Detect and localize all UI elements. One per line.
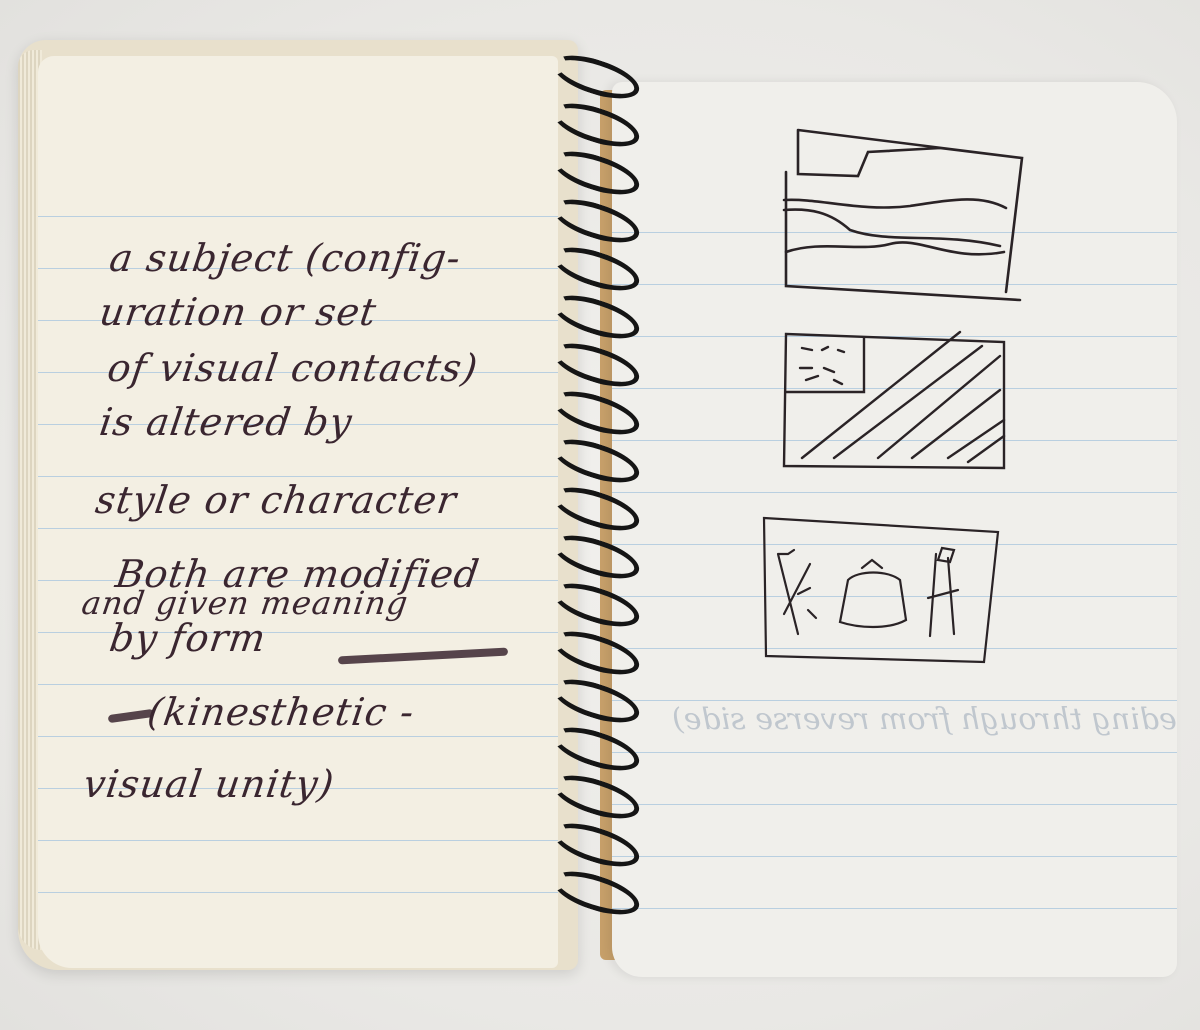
- flag-sketch: [772, 328, 1012, 478]
- rule-line: [612, 700, 1177, 701]
- spiral-coil: [548, 287, 644, 347]
- rule-line: [38, 840, 558, 841]
- spiral-coil: [548, 191, 644, 251]
- handwriting-line: is altered by: [97, 400, 355, 444]
- handwriting-line: style or character: [93, 478, 460, 522]
- show-through-text: (faint mirrored handwriting bleeding thr…: [672, 702, 1177, 737]
- rule-line: [38, 476, 558, 477]
- wavy-bands-sketch: [780, 122, 1030, 312]
- spiral-coil: [548, 335, 644, 395]
- rule-line: [612, 804, 1177, 805]
- spiral-coil: [548, 95, 644, 155]
- rule-line: [38, 528, 558, 529]
- spiral-coil: [548, 431, 644, 491]
- rule-line: [38, 892, 558, 893]
- strikeout-scribble: [338, 648, 508, 665]
- spiral-coil: [548, 527, 644, 587]
- spiral-coil: [548, 863, 644, 923]
- rule-line: [612, 752, 1177, 753]
- spiral-coil: [548, 383, 644, 443]
- left-page: a subject (config- uration or set of vis…: [38, 56, 558, 968]
- handwriting-line: of visual contacts): [105, 346, 481, 390]
- spiral-coil: [548, 143, 644, 203]
- rule-line: [612, 856, 1177, 857]
- rule-line: [612, 908, 1177, 909]
- handwriting-line: (kinesthetic -: [145, 690, 418, 734]
- handwriting-line: uration or set: [97, 290, 380, 334]
- spiral-coil: [548, 623, 644, 683]
- right-page: (faint mirrored handwriting bleeding thr…: [612, 82, 1177, 977]
- handwriting-line: a subject (config-: [107, 236, 464, 280]
- rule-line: [38, 736, 558, 737]
- rule-line: [38, 216, 558, 217]
- spiral-coil: [548, 239, 644, 299]
- spiral-binding: [545, 60, 645, 940]
- handwriting-line: by form: [107, 616, 269, 660]
- rule-line: [612, 492, 1177, 493]
- spiral-coil: [548, 719, 644, 779]
- spiral-coil: [548, 479, 644, 539]
- spiral-coil: [548, 815, 644, 875]
- spiral-coil: [548, 575, 644, 635]
- figures-sketch: [758, 514, 1003, 664]
- rule-line: [38, 684, 558, 685]
- handwriting-line: visual unity): [81, 762, 337, 806]
- spiral-coil: [548, 767, 644, 827]
- spiral-coil: [548, 671, 644, 731]
